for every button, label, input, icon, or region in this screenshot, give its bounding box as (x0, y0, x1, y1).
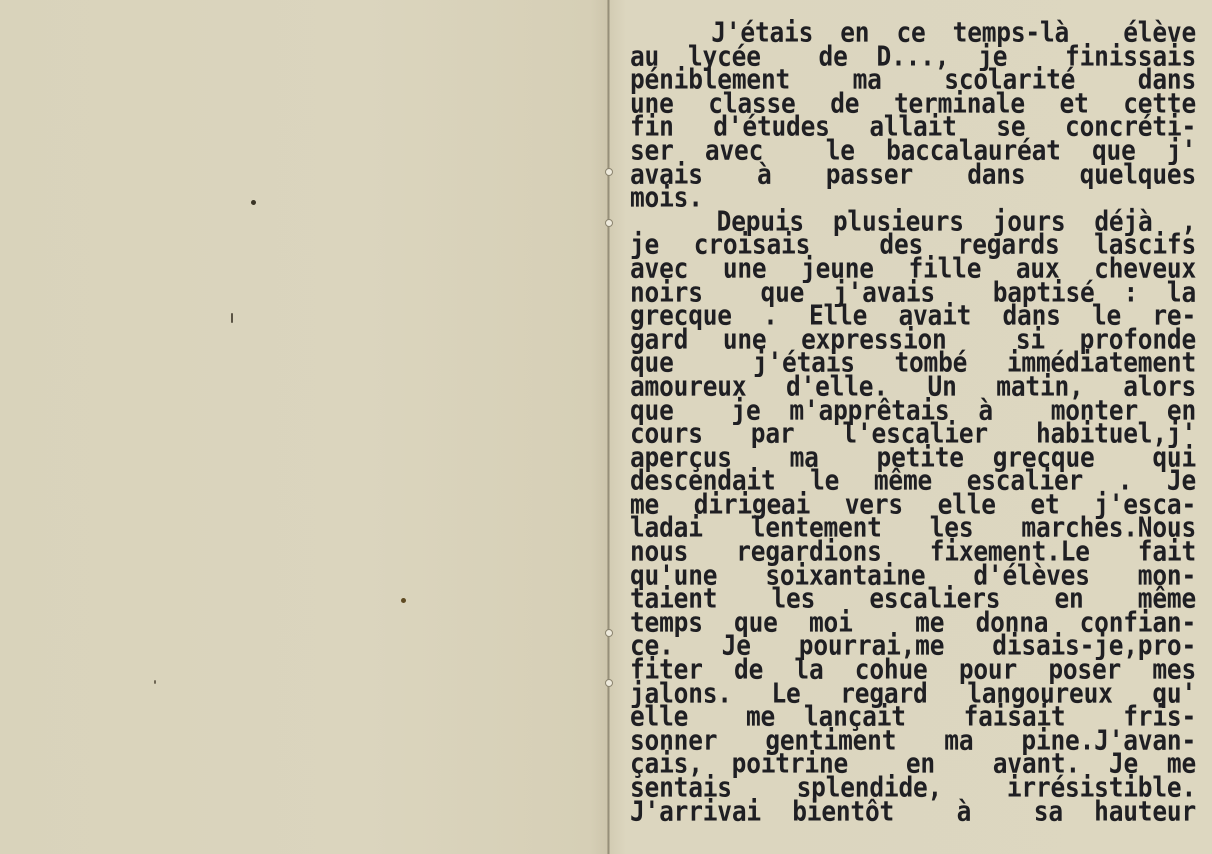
staple-top-1 (605, 168, 613, 176)
staple-top-2 (605, 219, 613, 227)
text-line: J'arrivai bientôt à sa hauteur (630, 798, 1196, 824)
ink-dot-brown-mark (401, 598, 406, 603)
booklet-spread: J'étais en ce temps-là élève au lycée de… (0, 0, 1212, 854)
staple-bottom-2 (605, 679, 613, 687)
left-page-blank (0, 0, 608, 854)
ink-tick-mark (231, 313, 233, 323)
right-page: J'étais en ce temps-là élève au lycée de… (608, 0, 1212, 854)
ink-dot-mark (251, 200, 256, 205)
typewritten-text-block: J'étais en ce temps-là élève au lycée de… (630, 19, 1196, 821)
ink-tick-lower-mark (154, 680, 156, 684)
binding-gutter (607, 0, 610, 854)
staple-bottom-1 (605, 629, 613, 637)
